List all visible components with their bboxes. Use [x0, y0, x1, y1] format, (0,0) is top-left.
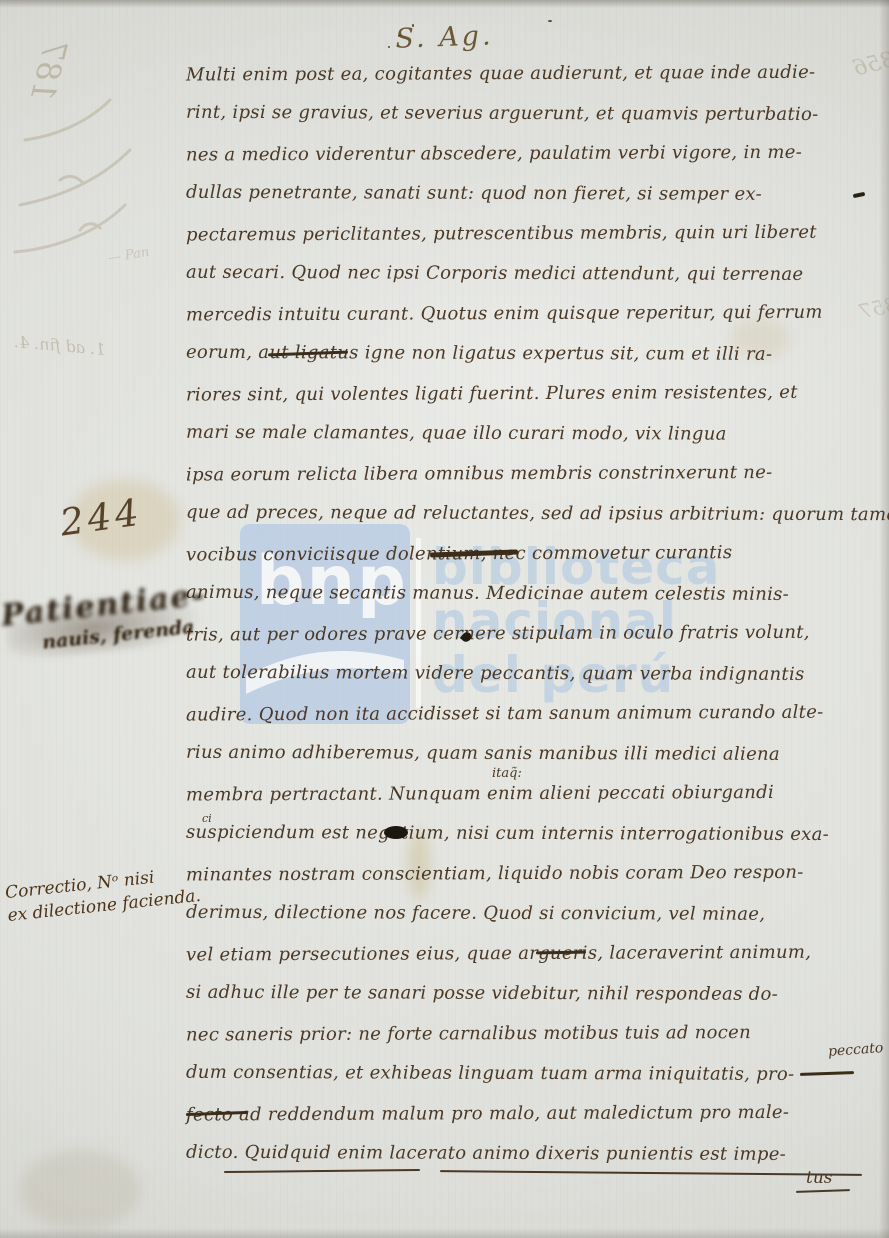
ink-speck [412, 24, 414, 27]
manuscript-line: vocibus conviciisque dolentium, nec comm… [186, 532, 878, 575]
underline-mark [796, 1189, 850, 1193]
manuscript-line: audire. Quod non ita accidisset si tam s… [186, 692, 878, 735]
manuscript-line: que ad preces, neque ad reluctantes, sed… [186, 493, 878, 535]
manuscript-line: dicto. Quidquid enim lacerato animo dixe… [186, 1133, 878, 1175]
manuscript-line: si adhuc ille per te sanari posse videbi… [186, 973, 878, 1015]
manuscript-line: dum consentias, et exhibeas linguam tuam… [186, 1053, 878, 1095]
manuscript-line: animus, neque secantis manus. Medicinae … [186, 573, 878, 615]
manuscript-line: mercedis intuitu curant. Quotus enim qui… [186, 292, 878, 335]
manuscript-line: nes a medico viderentur abscedere, paula… [186, 132, 878, 175]
scan-edge-bottom [0, 1228, 889, 1238]
ink-speck [388, 46, 390, 48]
manuscript-line: tris, aut per odores prave cernere stipu… [186, 612, 878, 655]
ink-blot [384, 826, 408, 839]
interlinear-insertion: ci [202, 812, 212, 825]
manuscript-line: aut secari. Quod nec ipsi Corporis medic… [186, 253, 878, 295]
margin-note-correctio: Correctio, Nᵒ nisi ex dilectione faciend… [4, 862, 202, 928]
ink-speck [398, 34, 401, 37]
manuscript-line: nec saneris prior: ne forte carnalibus m… [186, 1012, 878, 1055]
bleedthrough-script-marks [0, 80, 170, 270]
scan-edge-top [0, 0, 889, 8]
manuscript-line: rius animo adhiberemus, quam sanis manib… [186, 733, 878, 775]
manuscript-line: derimus, dilectione nos facere. Quod si … [186, 893, 878, 935]
catchword: tus [806, 1168, 833, 1188]
manuscript-line: rint, ipsi se gravius, et severius argue… [186, 93, 878, 135]
ink-speck [548, 20, 552, 22]
manuscript-line: dullas penetrante, sanati sunt: quod non… [186, 173, 878, 215]
blotted-margin-note: Patientiae- nauis, ferenda [0, 577, 210, 657]
manuscript-line: fecto ad reddendum malum pro malo, aut m… [186, 1092, 878, 1135]
manuscript-line: riores sint, qui volentes ligati fuerint… [186, 372, 878, 415]
manuscript-page: 187 — Pan 1. ad fin. 4. 356 357 bnp bibl… [0, 0, 889, 1238]
manuscript-body: Multi enim post ea, cogitantes quae audi… [186, 54, 878, 1174]
manuscript-line: suspiciendum est negotium, nisi cum inte… [186, 813, 878, 855]
manuscript-line: minantes nostram conscientiam, liquido n… [186, 852, 878, 895]
manuscript-line: ipsa eorum relicta libera omnibus membri… [186, 452, 878, 495]
interlinear-insertion: itaq̃: [492, 766, 522, 781]
manuscript-line: pectaremus periclitantes, putrescentibus… [186, 212, 878, 255]
manuscript-line: aut tolerabilius mortem videre peccantis… [186, 653, 878, 695]
manuscript-line: Multi enim post ea, cogitantes quae audi… [186, 52, 878, 95]
paper-stain [20, 1150, 140, 1230]
manuscript-line: vel etiam persecutiones eius, quae argue… [186, 932, 878, 975]
bleedthrough-note: 1. ad fin. 4. [13, 332, 106, 359]
manuscript-line: mari se male clamantes, quae illo curari… [186, 413, 878, 455]
manuscript-line: membra pertractant. Nunquam enim alieni … [186, 772, 878, 815]
